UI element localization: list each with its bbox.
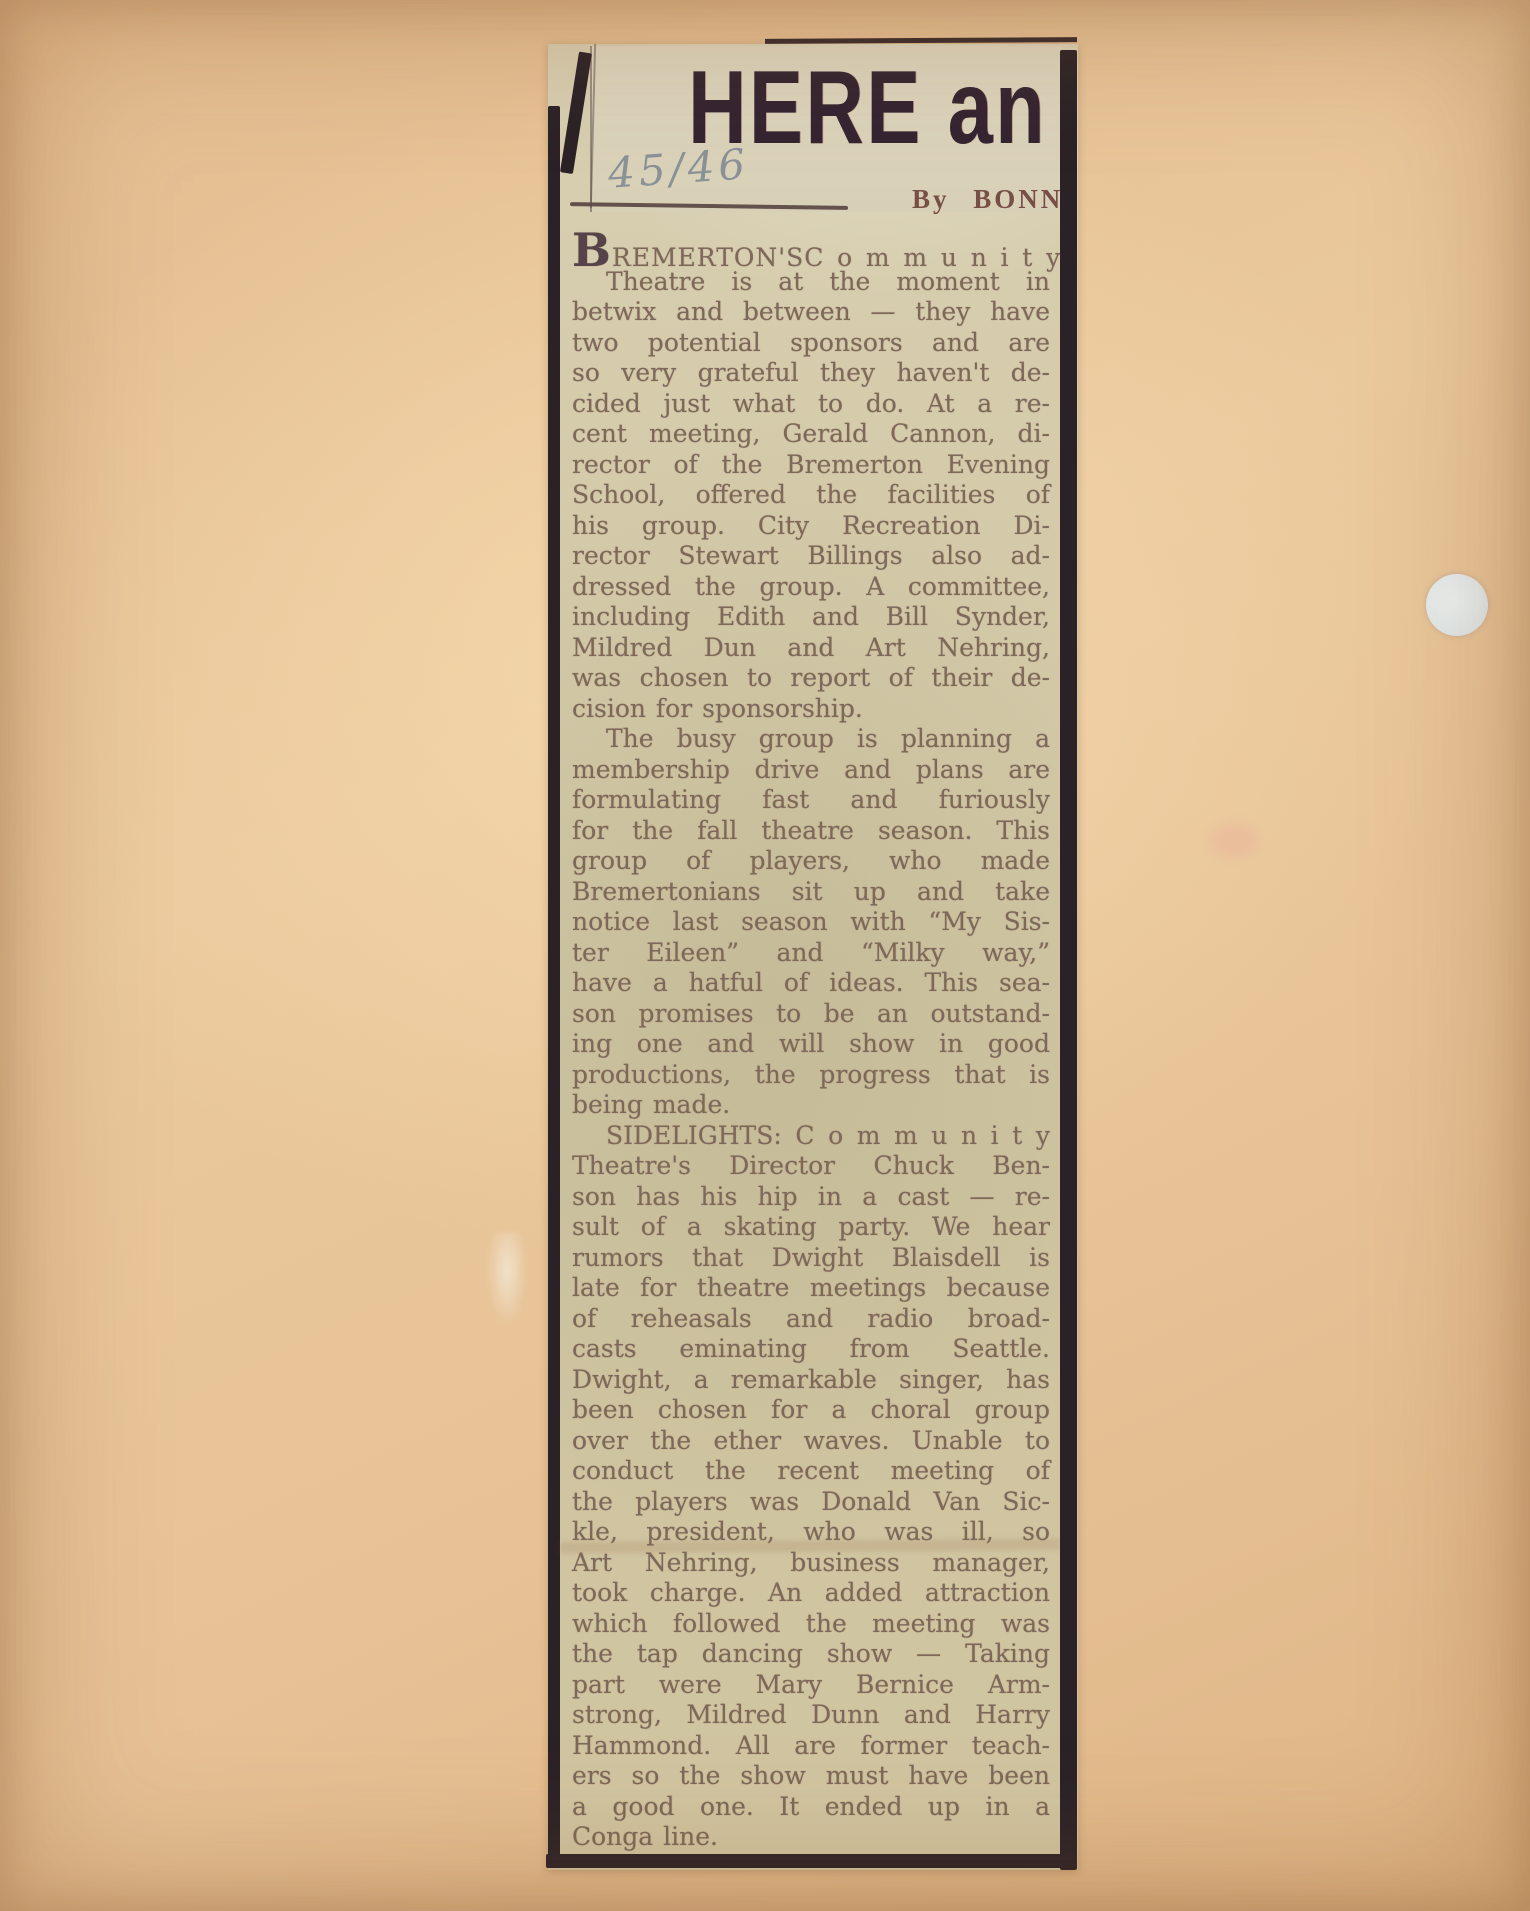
article-line: ers so the show must have been <box>572 1761 1050 1792</box>
article-line: sult of a skating party. We hear <box>572 1212 1050 1243</box>
article-line: conduct the recent meeting of <box>572 1456 1050 1487</box>
article-line: for the fall theatre season. This <box>572 816 1050 847</box>
article-line: part were Mary Bernice Arm- <box>572 1670 1050 1701</box>
article-line: dressed the group. A committee, <box>572 572 1050 603</box>
article-line: been chosen for a choral group <box>572 1395 1050 1426</box>
article-line: of reheasals and radio broad- <box>572 1304 1050 1335</box>
newspaper-clipping: HERE an 45/46 By BONN B REMERTON'S Commu… <box>540 38 1088 1880</box>
article-line: casts eminating from Seattle. <box>572 1334 1050 1365</box>
article-line: betwix and between — they have <box>572 297 1050 328</box>
article-line: over the ether waves. Unable to <box>572 1426 1050 1457</box>
article-line: have a hatful of ideas. This sea- <box>572 968 1050 999</box>
article-line: the tap dancing show — Taking <box>572 1639 1050 1670</box>
clipping-border-right <box>1060 50 1077 1870</box>
article-lines: Theatre is at the moment inbetwix and be… <box>572 267 1050 1853</box>
article-line: rector of the Bremerton Evening <box>572 450 1050 481</box>
article-line: Hammond. All are former teach- <box>572 1731 1050 1762</box>
article-line: The busy group is planning a <box>572 724 1050 755</box>
article-line: ter Eileen” and “Milky way,” <box>572 938 1050 969</box>
article-line: was chosen to report of their de- <box>572 663 1050 694</box>
pink-smudge <box>1210 824 1258 858</box>
scrapbook-page: HERE an 45/46 By BONN B REMERTON'S Commu… <box>0 0 1530 1911</box>
white-paint-specks <box>486 1232 528 1328</box>
article-line: took charge. An added attraction <box>572 1578 1050 1609</box>
clipping-border-left <box>548 106 560 1868</box>
article-line: productions, the progress that is <box>572 1060 1050 1091</box>
article-line: including Edith and Bill Synder, <box>572 602 1050 633</box>
article-line: Bremertonians sit up and take <box>572 877 1050 908</box>
hole-punch-dot <box>1426 574 1488 636</box>
article-line: two potential sponsors and are <box>572 328 1050 359</box>
article-line: ing one and will show in good <box>572 1029 1050 1060</box>
article-line: rector Stewart Billings also ad- <box>572 541 1050 572</box>
article-line: School, offered the facilities of <box>572 480 1050 511</box>
article-line: cent meeting, Gerald Cannon, di- <box>572 419 1050 450</box>
article-line: cision for sponsorship. <box>572 694 1050 725</box>
article-line: his group. City Recreation Di- <box>572 511 1050 542</box>
article-line: Theatre's Director Chuck Ben- <box>572 1151 1050 1182</box>
article-line: late for theatre meetings because <box>572 1273 1050 1304</box>
clipping-border-top <box>765 37 1077 44</box>
article-line: SIDELIGHTS: C o m m u n i t y <box>572 1121 1050 1152</box>
byline: By BONN <box>912 184 1063 215</box>
article-line: the players was Donald Van Sic- <box>572 1487 1050 1518</box>
article-line: being made. <box>572 1090 1050 1121</box>
article-line: a good one. It ended up in a <box>572 1792 1050 1823</box>
article-line: notice last season with “My Sis- <box>572 907 1050 938</box>
article-line: formulating fast and furiously <box>572 785 1050 816</box>
article-first-line: B REMERTON'S Community <box>572 236 1050 267</box>
clipping-border-bottom <box>546 1854 1076 1868</box>
article-line: membership drive and plans are <box>572 755 1050 786</box>
article-line: Art Nehring, business manager, <box>572 1548 1050 1579</box>
article-line: son has his hip in a cast — re- <box>572 1182 1050 1213</box>
article-line: strong, Mildred Dunn and Harry <box>572 1700 1050 1731</box>
handwritten-year-note: 45/46 <box>606 139 750 198</box>
article-line: so very grateful they haven't de- <box>572 358 1050 389</box>
article-line: Mildred Dun and Art Nehring, <box>572 633 1050 664</box>
article-line: which followed the meeting was <box>572 1609 1050 1640</box>
article-column: B REMERTON'S Community Theatre is at the… <box>572 236 1050 1853</box>
dropcap: B <box>572 236 611 264</box>
article-line: son promises to be an outstand- <box>572 999 1050 1030</box>
article-line: kle, president, who was ill, so <box>572 1517 1050 1548</box>
article-line: group of players, who made <box>572 846 1050 877</box>
article-line: Theatre is at the moment in <box>572 267 1050 298</box>
article-line: Dwight, a remarkable singer, has <box>572 1365 1050 1396</box>
article-line: cided just what to do. At a re- <box>572 389 1050 420</box>
article-line: Conga line. <box>572 1822 1050 1853</box>
article-line: rumors that Dwight Blaisdell is <box>572 1243 1050 1274</box>
